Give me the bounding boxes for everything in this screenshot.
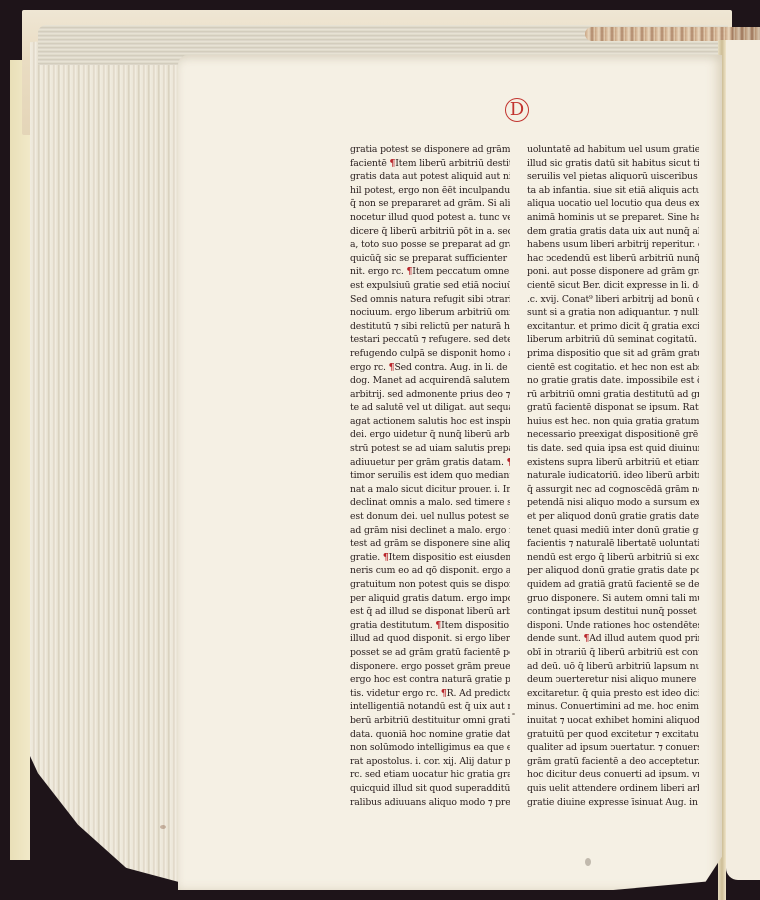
text-line: disponi. Unde rationes hoc ostendētes ↄc…: [527, 619, 699, 633]
headband: [585, 27, 760, 41]
text-line: refugendo culpā se disponit homo ad grām: [350, 347, 510, 361]
text-line: q̄ assurgit nec ad cognoscēdā grām nec a…: [527, 483, 699, 497]
text-line: ralibus adiuuans aliquo modo ⁊ preparans: [350, 796, 510, 810]
text-line: gratis data aut potest aliquid aut nihil…: [350, 170, 510, 184]
text-line: sunt si a gratia non adiquantur. ⁊ nulli…: [527, 306, 699, 320]
paragraph-mark-icon: ¶: [441, 688, 447, 699]
text-line: no gratie gratis date. impossibile est q…: [527, 374, 699, 388]
text-line: ergo rc. ¶Sed contra. Aug. in li. de ecc…: [350, 361, 510, 375]
text-line: facientē ¶Item liberū arbitriū destitutū…: [350, 157, 510, 171]
text-line: uoluntatē ad habitum uel usum gratie. si…: [527, 143, 699, 157]
text-line: grām gratū facientē a deo acceptetur. et…: [527, 755, 699, 769]
text-line: te ad salutē vel ut diligat. aut sequatu…: [350, 401, 510, 415]
text-line: per aliquid gratis datum. ergo impossibi…: [350, 592, 510, 606]
text-line: deum ↄuerteretur nisi aliquo munere grat…: [527, 673, 699, 687]
paragraph-mark-icon: ¶: [435, 620, 441, 631]
text-line: agat actionem salutis hoc est inspiratio…: [350, 415, 510, 429]
text-line: dei. ergo uidetur q̄ nunq̄ liberū arbitr…: [350, 428, 510, 442]
text-line: est expulsiuū gratie sed etiā nociuū nat…: [350, 279, 510, 293]
text-line: habens usum liberi arbitrij reperitur. e…: [527, 238, 699, 252]
facing-page-edge: [726, 40, 760, 880]
text-line: strū potest se ad uiam salutis preparare…: [350, 442, 510, 456]
text-line: rū arbitriū omni gratia destitutū ad gra…: [527, 388, 699, 402]
text-line: gratuitum non potest quis se disponere n…: [350, 578, 510, 592]
text-line: facientis ⁊ naturalē libertatē uoluntati…: [527, 537, 699, 551]
text-line: inuitat ⁊ uocat exhibet homini aliquod d…: [527, 714, 699, 728]
text-line: gratia potest se disponere ad grām gratū…: [350, 143, 510, 157]
text-line: nocetur illud quod potest a. tunc verum …: [350, 211, 510, 225]
text-line: tenet quasi mediū inter donū gratie grat…: [527, 524, 699, 538]
book-scan: D gratia potest se disponere ad grām gra…: [0, 0, 760, 900]
text-line: excitantur. et primo dicit q̄ gratia exc…: [527, 320, 699, 334]
text-line: dicere q̄ liberū arbitriū pōt in a. sed …: [350, 225, 510, 239]
text-line: a, toto suo posse se preparat ad gratiam…: [350, 238, 510, 252]
text-line: hil potest, ergo non ēēt inculpandus ex …: [350, 184, 510, 198]
text-line: obī in ↄtrariū q̄ liberū arbitriū est co…: [527, 646, 699, 660]
text-line: gratū facientē disponat se ipsum. Ratio …: [527, 401, 699, 415]
text-line: est q̄ ad illud se disponat liberū arbit…: [350, 605, 510, 619]
text-line: huius est hec. non quia gratia gratum fa…: [527, 415, 699, 429]
text-line: nociuum. ergo liberum arbitriū omni grat…: [350, 306, 510, 320]
ink-speck: [512, 713, 515, 715]
text-line: necessario preexigat dispositionē grē gr…: [527, 428, 699, 442]
text-line: aliqua uocatio uel locutio qua deus exci…: [527, 197, 699, 211]
text-line: quis uelit attendere ordinem liberi arbi…: [527, 782, 699, 796]
text-line: rat apostolus. i. cor. xij. Alij datur p…: [350, 755, 510, 769]
text-line: est donum dei. uel nullus potest se disp…: [350, 510, 510, 524]
text-line: declinat omnis a malo. sed timere seruil…: [350, 496, 510, 510]
text-line: non solūmodo intelligimus ea que enume-: [350, 741, 510, 755]
text-line: dem gratia gratis data uix aut nunq̄ ali…: [527, 225, 699, 239]
text-line: per aliquod donū gratie gratis date pote…: [527, 564, 699, 578]
paragraph-mark-icon: ¶: [583, 633, 589, 644]
text-line: Sed omnis natura refugit sibi ↄtrarium e…: [350, 293, 510, 307]
text-line: cientē sicut Ber. dicit expresse in li. …: [527, 279, 699, 293]
text-line: naturale iudicatoriū. ideo liberū arbitr…: [527, 469, 699, 483]
paragraph-mark-icon: ¶: [507, 457, 510, 468]
text-line: timor seruilis est idem quo mediante dec…: [350, 469, 510, 483]
text-line: gratuitū per quod excitetur ⁊ excitatus …: [527, 728, 699, 742]
text-line: destitutū ⁊ sibi relictū per naturā habe…: [350, 320, 510, 334]
text-line: ergo hoc est contra naturā gratie preuen…: [350, 673, 510, 687]
text-line: poni. aut posse disponere ad grām gratū …: [527, 265, 699, 279]
text-line: q̄ non se prepararet ad grām. Si aliquid…: [350, 197, 510, 211]
text-line: quicquid illud sit quod superadditū est …: [350, 782, 510, 796]
cover-edge-left: [10, 60, 30, 860]
text-line: data. quoniā hoc nomine gratie date grat…: [350, 728, 510, 742]
text-line: disponere. ergo posset grām preuenire. S…: [350, 660, 510, 674]
text-column-left: gratia potest se disponere ad grām gratū…: [350, 143, 510, 809]
text-line: gratie diuine expresse īsinuat Aug. in l…: [527, 796, 699, 810]
text-line: gratia destitutum. ¶Item dispositio preu…: [350, 619, 510, 633]
folio-mark: D: [505, 98, 529, 122]
text-line: intelligentiā notandū est q̄ uix aut nun…: [350, 700, 510, 714]
text-line: nat a malo sicut dicitur prouer. i. In t…: [350, 483, 510, 497]
text-line: liberum arbitriū dū seminat cogitatū. si…: [527, 333, 699, 347]
paragraph-mark-icon: ¶: [389, 362, 395, 373]
text-line: ad grām nisi declinet a malo. ergo nullu…: [350, 524, 510, 538]
text-line: test ad grām se disponere sine aliquo do…: [350, 537, 510, 551]
text-line: posset se ad grām gratū facientē per sei…: [350, 646, 510, 660]
page-stack-fore-edge: [30, 25, 190, 885]
text-line: nit. ergo rc. ¶Item peccatum omne non tm…: [350, 265, 510, 279]
text-line: quidem ad gratiā gratū facientē se de co…: [527, 578, 699, 592]
text-line: hoc dicitur deus conuerti ad ipsum. vnde…: [527, 768, 699, 782]
text-line: illud sic gratis datū sit habitus sicut …: [527, 157, 699, 171]
text-line: nendū est ergo q̄ liberū arbitriū si exc…: [527, 551, 699, 565]
text-line: prima dispositio que sit ad grām gratum …: [527, 347, 699, 361]
text-line: arbitrij. sed admonente prius deo ⁊ inui…: [350, 388, 510, 402]
text-line: testari peccatū ⁊ refugere. sed detestan…: [350, 333, 510, 347]
text-line: dende sunt. ¶Ad illud autem quod primo: [527, 632, 699, 646]
foxing-spot: [585, 858, 591, 866]
text-line: hac ↄcedendū est liberū arbitriū nunq̄ s…: [527, 252, 699, 266]
text-line: ad deū. uō q̄ liberū arbitriū lapsum nun…: [527, 660, 699, 674]
text-line: .c. xvij. Conat⁹ liberi arbitrij ad bonū…: [527, 293, 699, 307]
text-column-right: uoluntatē ad habitum uel usum gratie. si…: [527, 143, 699, 809]
text-line: tis. videtur ergo rc. ¶R. Ad predictorum: [350, 687, 510, 701]
paragraph-mark-icon: ¶: [390, 158, 396, 169]
text-line: rc. sed etiam uocatur hic gratia gratis …: [350, 768, 510, 782]
text-line: seruilis vel pietas aliquorū uisceribus …: [527, 170, 699, 184]
paragraph-mark-icon: ¶: [383, 552, 389, 563]
paragraph-mark-icon: ¶: [407, 266, 413, 277]
text-line: gratie. ¶Item dispositio est eiusdem ge-: [350, 551, 510, 565]
text-line: illud ad quod disponit. si ergo liberū a…: [350, 632, 510, 646]
text-line: petendā nisi aliquo modo a sursum excite…: [527, 496, 699, 510]
text-line: adiuuetur per grām gratis datam. ¶Item: [350, 456, 510, 470]
text-line: existens supra liberū arbitriū et etiam …: [527, 456, 699, 470]
text-line: cientē est cogitatio. et hec non est abs…: [527, 361, 699, 375]
foxing-spot: [160, 825, 166, 829]
text-line: contingat ipsum destitui nunq̄ posset ad…: [527, 605, 699, 619]
text-line: ta ab infantia. siue sit etiā aliquis ac…: [527, 184, 699, 198]
text-line: dog. Manet ad acquirendā salutem liberta…: [350, 374, 510, 388]
text-line: neris cum eo ad qō disponit. ergo ad bon…: [350, 564, 510, 578]
text-line: qualiter ad ipsum ↄuertatur. ⁊ conuersus…: [527, 741, 699, 755]
text-line: berū arbitriū destituitur omni gratia gr…: [350, 714, 510, 728]
text-line: tis date. sed quia ipsa est quid diuinum…: [527, 442, 699, 456]
text-line: et per aliquod donū gratie gratis date q…: [527, 510, 699, 524]
text-line: quicūq̄ sic se preparat sufficienter se …: [350, 252, 510, 266]
text-line: animā hominis ut se preparet. Sine hac q…: [527, 211, 699, 225]
text-line: gruo disponere. Si autem omni tali muner…: [527, 592, 699, 606]
text-line: excitaretur. q̄ quia presto est ideo dic…: [527, 687, 699, 701]
text-line: minus. Conuertimini ad me. hoc enim ipo …: [527, 700, 699, 714]
